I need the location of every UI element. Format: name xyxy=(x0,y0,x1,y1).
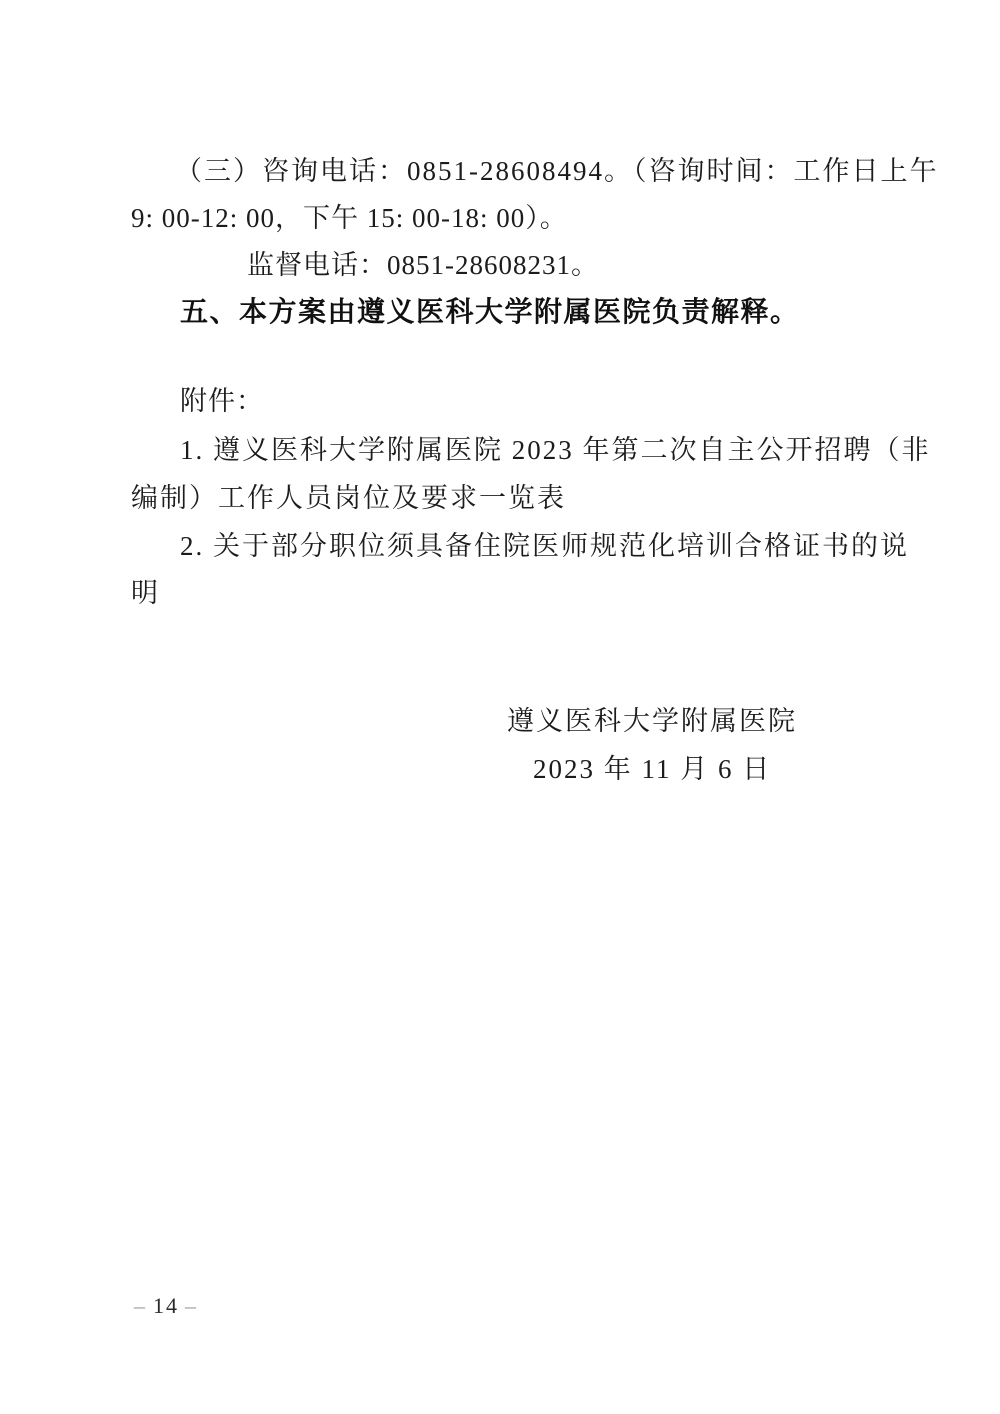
footer-dash-left: – xyxy=(128,1293,153,1318)
footer-dash-right: – xyxy=(179,1293,204,1318)
supervision-phone-line: 监督电话：0851-28608231。 xyxy=(247,252,599,279)
signature-date: 2023 年 11 月 6 日 xyxy=(533,756,771,783)
attachments-label: 附件： xyxy=(180,388,264,415)
page-number: 14 xyxy=(153,1293,179,1318)
attachment-item1-line1: 1. 遵义医科大学附属医院 2023 年第二次自主公开招聘（非 xyxy=(180,437,931,464)
attachment-item2-line1: 2. 关于部分职位须具备住院医师规范化培训合格证书的说 xyxy=(180,533,909,560)
contact-phone-line1: （三）咨询电话：0851-28608494。（咨询时间：工作日上午 xyxy=(175,158,939,185)
interpretation-heading: 五、本方案由遵义医科大学附属医院负责解释。 xyxy=(180,298,800,326)
document-page: （三）咨询电话：0851-28608494。（咨询时间：工作日上午 9: 00-… xyxy=(0,0,1000,1414)
contact-phone-line2: 9: 00-12: 00，下午 15: 00-18: 00）。 xyxy=(131,205,568,232)
signature-organization: 遵义医科大学附属医院 xyxy=(507,708,797,735)
attachment-item2-line2: 明 xyxy=(131,580,159,607)
attachment-item1-line2: 编制）工作人员岗位及要求一览表 xyxy=(131,485,566,512)
page-footer: –14– xyxy=(128,1293,204,1319)
